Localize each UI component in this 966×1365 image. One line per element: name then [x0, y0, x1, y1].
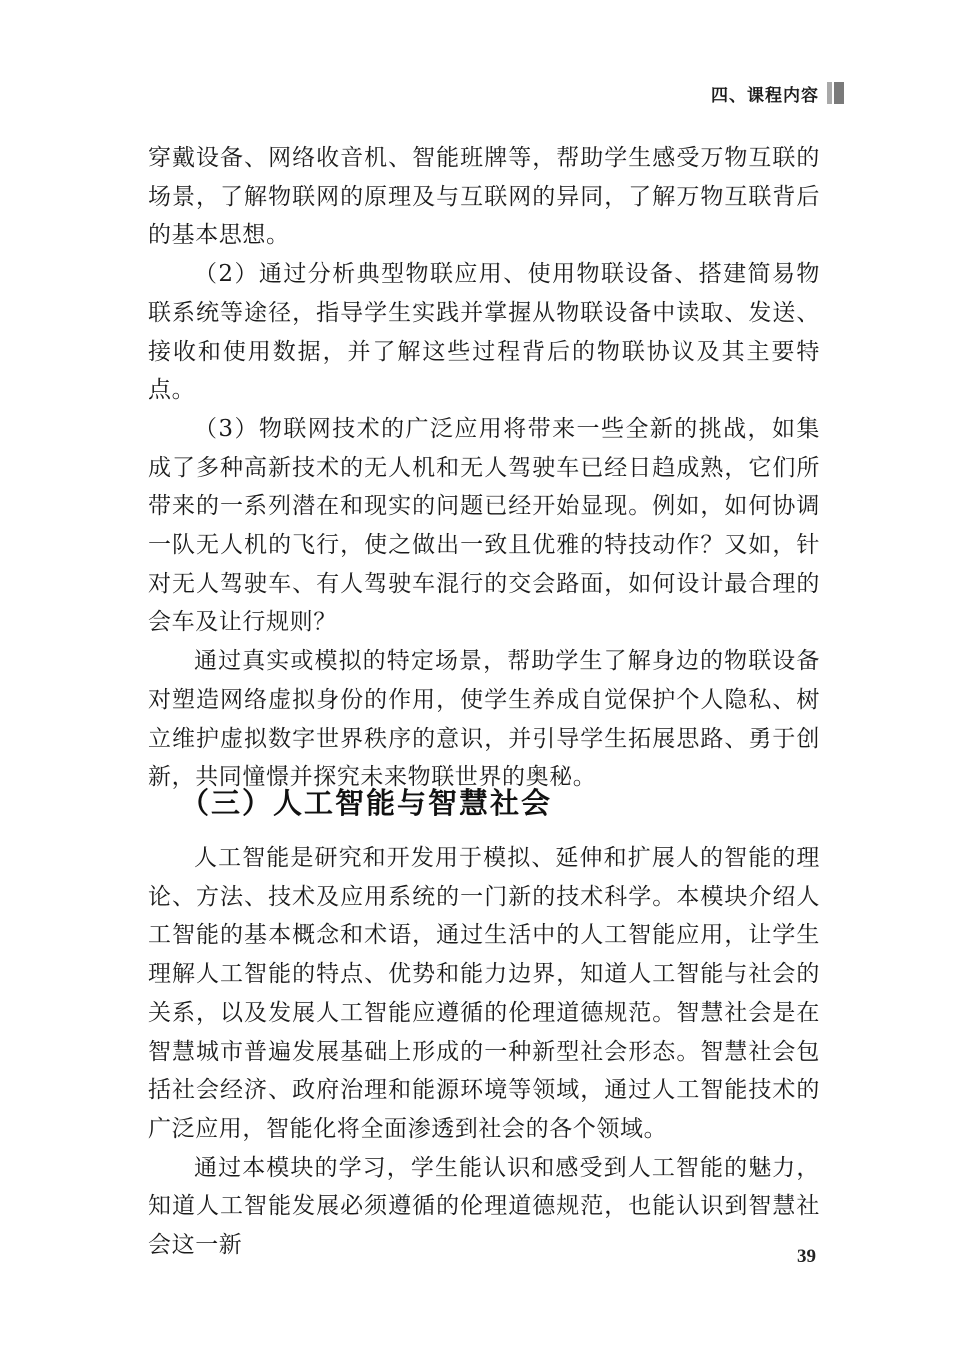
paragraph: 穿戴设备、网络收音机、智能班牌等，帮助学生感受万物互联的场景，了解物联网的原理及…: [148, 139, 820, 255]
ai-section-body: 人工智能是研究和开发用于模拟、延伸和扩展人的智能的理论、方法、技术及应用系统的一…: [148, 839, 820, 1265]
marker-bar-dark: [834, 82, 844, 104]
marker-bar-light: [827, 82, 832, 104]
paragraph: 通过本模块的学习，学生能认识和感受到人工智能的魅力，知道人工智能发展必须遵循的伦…: [148, 1149, 820, 1265]
paragraph: 通过真实或模拟的特定场景，帮助学生了解身边的物联设备对塑造网络虚拟身份的作用，使…: [148, 642, 820, 797]
paragraph: （3）物联网技术的广泛应用将带来一些全新的挑战，如集成了多种高新技术的无人机和无…: [148, 410, 820, 642]
paragraph: （2）通过分析典型物联应用、使用物联设备、搭建简易物联系统等途径，指导学生实践并…: [148, 255, 820, 410]
running-header: 四、课程内容: [711, 80, 844, 106]
running-header-title: 四、课程内容: [711, 81, 819, 106]
section-heading-ai: （三）人工智能与智慧社会: [180, 781, 552, 822]
page-number: 39: [797, 1246, 816, 1268]
paragraph: 人工智能是研究和开发用于模拟、延伸和扩展人的智能的理论、方法、技术及应用系统的一…: [148, 839, 820, 1149]
iot-section-body: 穿戴设备、网络收音机、智能班牌等，帮助学生感受万物互联的场景，了解物联网的原理及…: [148, 139, 820, 797]
chapter-marker-icon: [827, 82, 844, 104]
